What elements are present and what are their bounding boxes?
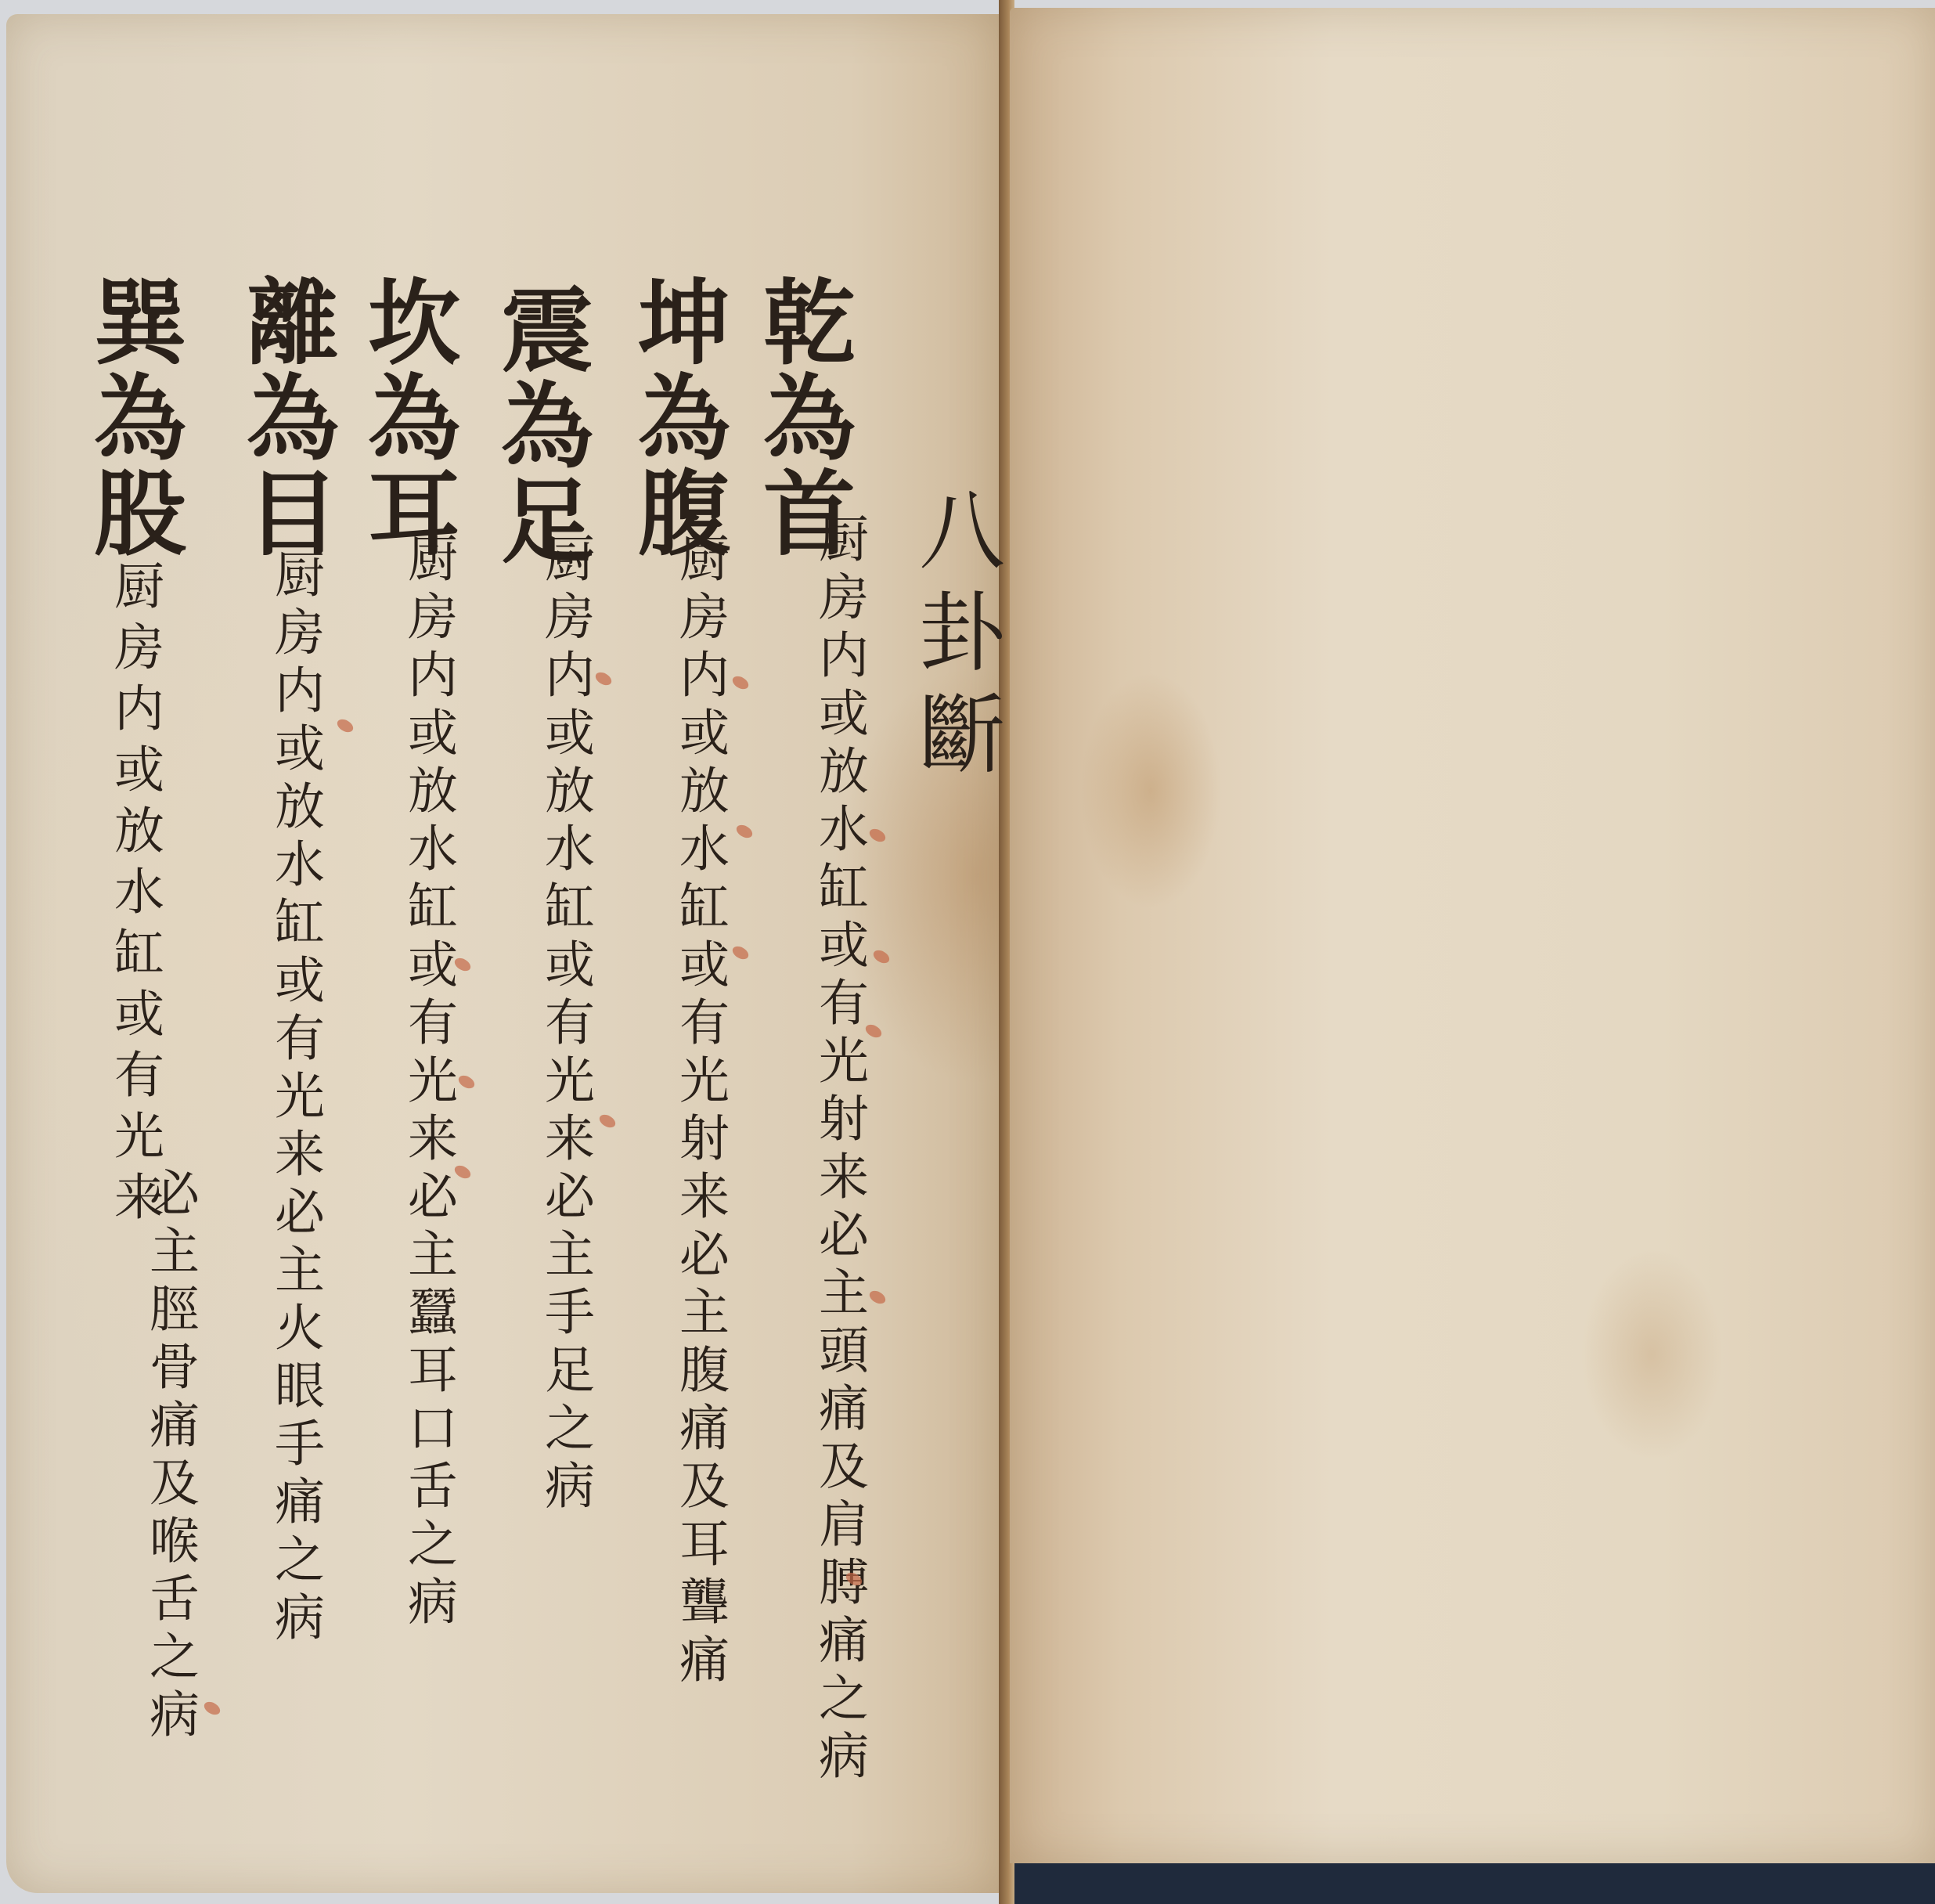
- entry-heading-zhen: 震為足: [493, 282, 586, 568]
- entry-text-xun-continued: 必主脛骨痛及喉舌之病: [145, 1167, 195, 1746]
- entry-text-qian: 厨房内或放水缸或有光射来必主頭痛及肩膊痛之病: [814, 513, 864, 1787]
- entry-text-kun: 厨房内或放水缸或有光射来必主腹痛及耳聾痛: [675, 532, 725, 1691]
- entry-heading-li: 離為目: [239, 274, 331, 561]
- entry-text-zhen: 厨房内或放水缸或有光来必主手足之病: [540, 532, 590, 1517]
- entry-heading-xun: 巽為股: [86, 274, 178, 561]
- entry-heading-kun: 坤為腹: [630, 274, 722, 561]
- entry-heading-kan: 坎為耳: [360, 274, 452, 561]
- document-title: 八卦斷: [912, 485, 998, 791]
- entry-text-li: 厨房内或放水缸或有光来必主火眼手痛之病: [270, 548, 320, 1649]
- right-page: [1010, 8, 1935, 1863]
- entry-text-kan: 厨房内或放水缸或有光来必主蠶耳口舌之病: [403, 532, 453, 1633]
- entry-text-xun: 厨房内或放水缸或有光来: [110, 560, 160, 1231]
